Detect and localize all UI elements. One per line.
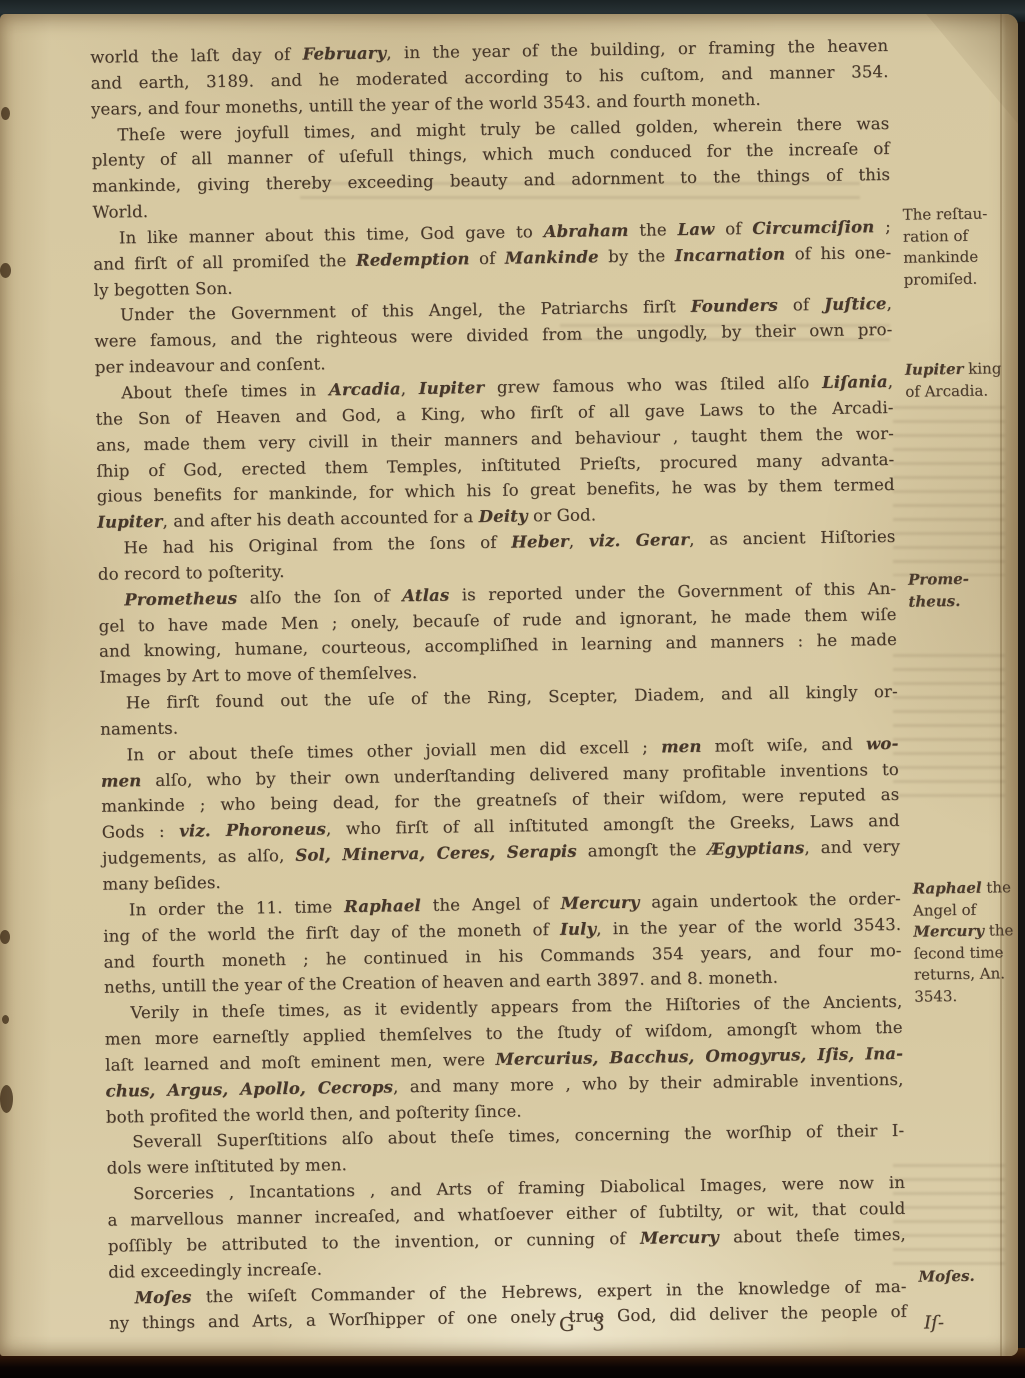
binding-speck xyxy=(0,263,11,278)
text-segment: Arcadia xyxy=(329,379,401,399)
text-segment: of xyxy=(469,248,505,268)
margin-note-line: Raphael the xyxy=(913,877,1019,900)
text-segment: viz. Phoroneus xyxy=(179,820,326,841)
text-segment: dols were inſtituted by men. xyxy=(107,1155,348,1178)
margin-note-line: The reſtau- xyxy=(903,203,1009,226)
text-segment: Atlas xyxy=(402,585,449,605)
text-segment: the xyxy=(984,921,1014,939)
text-segment: Mercury xyxy=(561,893,640,913)
text-segment: Heber xyxy=(511,532,569,552)
text-segment: Iupiter xyxy=(97,512,163,532)
text-segment: , in the year of the building, or framin… xyxy=(386,36,888,62)
text-segment: promiſed. xyxy=(903,269,977,288)
margin-note-line: promiſed. xyxy=(903,268,1009,291)
text-segment: Liſania xyxy=(822,372,888,392)
margin-note-line: returns, An. xyxy=(914,963,1020,986)
text-segment: world the laſt day of xyxy=(90,45,303,67)
text-block-container: world the laſt day of February, in the y… xyxy=(90,31,1025,1364)
text-segment: Founders xyxy=(691,296,778,316)
text-segment: the Angel of xyxy=(421,894,561,915)
text-segment: per indeavour and conſent. xyxy=(95,354,326,376)
text-segment: Iupiter xyxy=(419,378,485,398)
text-segment: , xyxy=(888,372,894,391)
text-segment: Iupiter xyxy=(905,360,964,379)
margin-note: Raphael theAngel ofMercury theſecond tim… xyxy=(913,877,1021,1008)
text-segment: , as ancient Hiſtories xyxy=(689,527,896,549)
text-segment: Mercurius, Bacchus, Omogyrus, Iſis, Ina- xyxy=(495,1044,903,1069)
text-segment: Prome- xyxy=(908,570,969,589)
catchword: Iſ- xyxy=(924,1312,944,1333)
text-segment: Moſes. xyxy=(918,1267,975,1286)
text-segment: the xyxy=(628,220,677,240)
text-segment: both profited the world then, and poſter… xyxy=(106,1101,522,1126)
margin-note: Moſes. xyxy=(918,1265,1024,1288)
text-segment: Ægyptians xyxy=(707,838,804,858)
text-segment: by the xyxy=(599,246,675,266)
text-segment: February xyxy=(302,43,386,63)
text-segment: returns, An. xyxy=(914,964,1005,983)
margin-note: Prome-theus. xyxy=(908,568,1015,613)
text-segment: mankinde xyxy=(903,248,978,267)
text-segment: of his one- xyxy=(785,243,891,264)
text-segment: the xyxy=(981,878,1011,896)
margin-note-line: Iupiter king xyxy=(905,358,1011,381)
text-segment: Iuly xyxy=(560,919,596,939)
text-segment: laſt learned and moſt eminent men, were xyxy=(105,1050,496,1075)
text-segment: Prometheus xyxy=(124,588,237,609)
text-segment: Angel of xyxy=(913,900,976,919)
text-segment: , xyxy=(569,531,589,550)
text-segment: Mercury xyxy=(913,922,984,941)
text-segment: is reported under the Government of this… xyxy=(449,579,896,605)
text-segment: The reſtau- xyxy=(903,205,988,224)
text-segment: wo- xyxy=(866,734,899,753)
text-segment: did exceedingly increaſe. xyxy=(108,1259,322,1281)
text-segment: ration of xyxy=(903,226,968,245)
text-segment: Raphael xyxy=(344,896,421,916)
margin-note-line: Moſes. xyxy=(918,1265,1024,1288)
text-segment: amongſt the xyxy=(577,840,708,861)
text-segment: men xyxy=(661,737,702,757)
text-segment: poſſibly be attributed to the invention,… xyxy=(108,1229,640,1256)
text-segment: Law xyxy=(677,219,714,239)
text-segment: In or about theſe times other joviall me… xyxy=(126,737,661,764)
book-page-photo: world the laſt day of February, in the y… xyxy=(0,0,1025,1378)
margin-note-line: Mercury the xyxy=(913,920,1019,943)
text-segment: and firſt of all promiſed the xyxy=(93,251,356,274)
text-segment: Moſes xyxy=(134,1287,191,1307)
margin-note: The reſtau-ration ofmankindepromiſed. xyxy=(903,203,1010,291)
text-segment: Gods : xyxy=(102,822,180,842)
text-segment: Circumciſion xyxy=(752,217,874,238)
margin-note-line: 3543. xyxy=(914,985,1020,1008)
text-segment: judgements, as alſo, xyxy=(102,846,295,868)
text-segment: , xyxy=(886,294,892,313)
text-segment: moſt wiſe, and xyxy=(701,734,866,755)
text-segment: , and many more , who by their admirable… xyxy=(393,1070,904,1097)
text-segment: Raphael xyxy=(913,879,982,898)
text-segment: Sol, Minerva, Ceres, Serapis xyxy=(295,842,577,865)
text-segment: ing of the world the firſt day of the mo… xyxy=(103,920,560,946)
photo-background: { "colors": { "paper": "#d8c9a2", "ink":… xyxy=(0,0,1025,1378)
text-segment: theus. xyxy=(908,591,960,610)
text-segment: men xyxy=(101,771,142,791)
text-segment: He had his Original from the ſons of xyxy=(123,533,511,558)
text-segment: many beſides. xyxy=(102,873,221,894)
text-segment: World. xyxy=(92,202,148,222)
text-segment: of xyxy=(778,295,825,315)
text-segment: Deity xyxy=(479,507,528,527)
margin-note-line: Angel of xyxy=(913,899,1019,922)
text-block: world the laſt day of February, in the y… xyxy=(90,33,907,1337)
binding-speck xyxy=(0,1085,13,1113)
text-segment: of Arcadia. xyxy=(905,381,988,400)
margin-note-line: of Arcadia. xyxy=(905,380,1011,403)
binding-speck xyxy=(0,930,10,944)
text-segment: Images by Art to move of themſelves. xyxy=(99,663,417,687)
book-page: world the laſt day of February, in the y… xyxy=(0,14,1018,1356)
text-segment: Mercury xyxy=(640,1227,719,1247)
text-segment: ſecond time xyxy=(913,943,1003,962)
margin-note-line: Prome- xyxy=(908,568,1014,591)
text-segment: about theſe times, xyxy=(719,1225,906,1247)
text-segment: viz. Gerar xyxy=(589,530,689,550)
text-segment: Redemption xyxy=(356,249,470,270)
margin-note: Iupiter kingof Arcadia. xyxy=(905,358,1012,403)
text-segment: do record to poſterity. xyxy=(98,562,285,584)
text-segment: 3543. xyxy=(914,987,957,1006)
text-segment: , xyxy=(401,379,419,398)
margin-notes: The reſtau-ration ofmankindepromiſed.Iup… xyxy=(900,31,1006,33)
text-segment: grew famous who was ſtiled alſo xyxy=(484,373,822,397)
binding-speck xyxy=(2,1015,9,1024)
text-segment: ; xyxy=(874,217,891,236)
margin-note-line: ration of xyxy=(903,225,1009,248)
text-segment: naments. xyxy=(100,718,178,738)
signature-mark: G 3 xyxy=(559,1313,639,1336)
margin-note-line: theus. xyxy=(908,590,1014,613)
text-segment: Juſtice xyxy=(824,294,887,314)
text-segment: , in the year of the world 3543. xyxy=(596,915,901,939)
text-segment: In like manner about this time, God gave… xyxy=(119,222,544,247)
text-segment: king xyxy=(963,359,1001,378)
text-segment: Abraham xyxy=(543,221,628,241)
text-segment: About theſe times in xyxy=(121,380,329,402)
text-segment: In order the 11. time xyxy=(129,897,344,919)
margin-note-line: mankinde xyxy=(903,246,1009,269)
binding-speck xyxy=(1,107,10,120)
margin-note-line: ſecond time xyxy=(913,942,1019,965)
text-segment: or God. xyxy=(528,506,597,526)
text-segment: ly begotten Son. xyxy=(94,278,233,299)
text-segment: , and after his death accounted for a xyxy=(162,507,478,531)
text-segment: , and very xyxy=(804,837,900,857)
text-segment: chus, Argus, Apollo, Cecrops xyxy=(105,1077,393,1100)
text-segment: alſo the ſon of xyxy=(237,586,402,607)
text-segment: Mankinde xyxy=(505,247,599,267)
text-segment: of xyxy=(714,219,752,239)
text-segment: Incarnation xyxy=(675,244,786,265)
text-segment: again undertook the order- xyxy=(639,889,901,912)
